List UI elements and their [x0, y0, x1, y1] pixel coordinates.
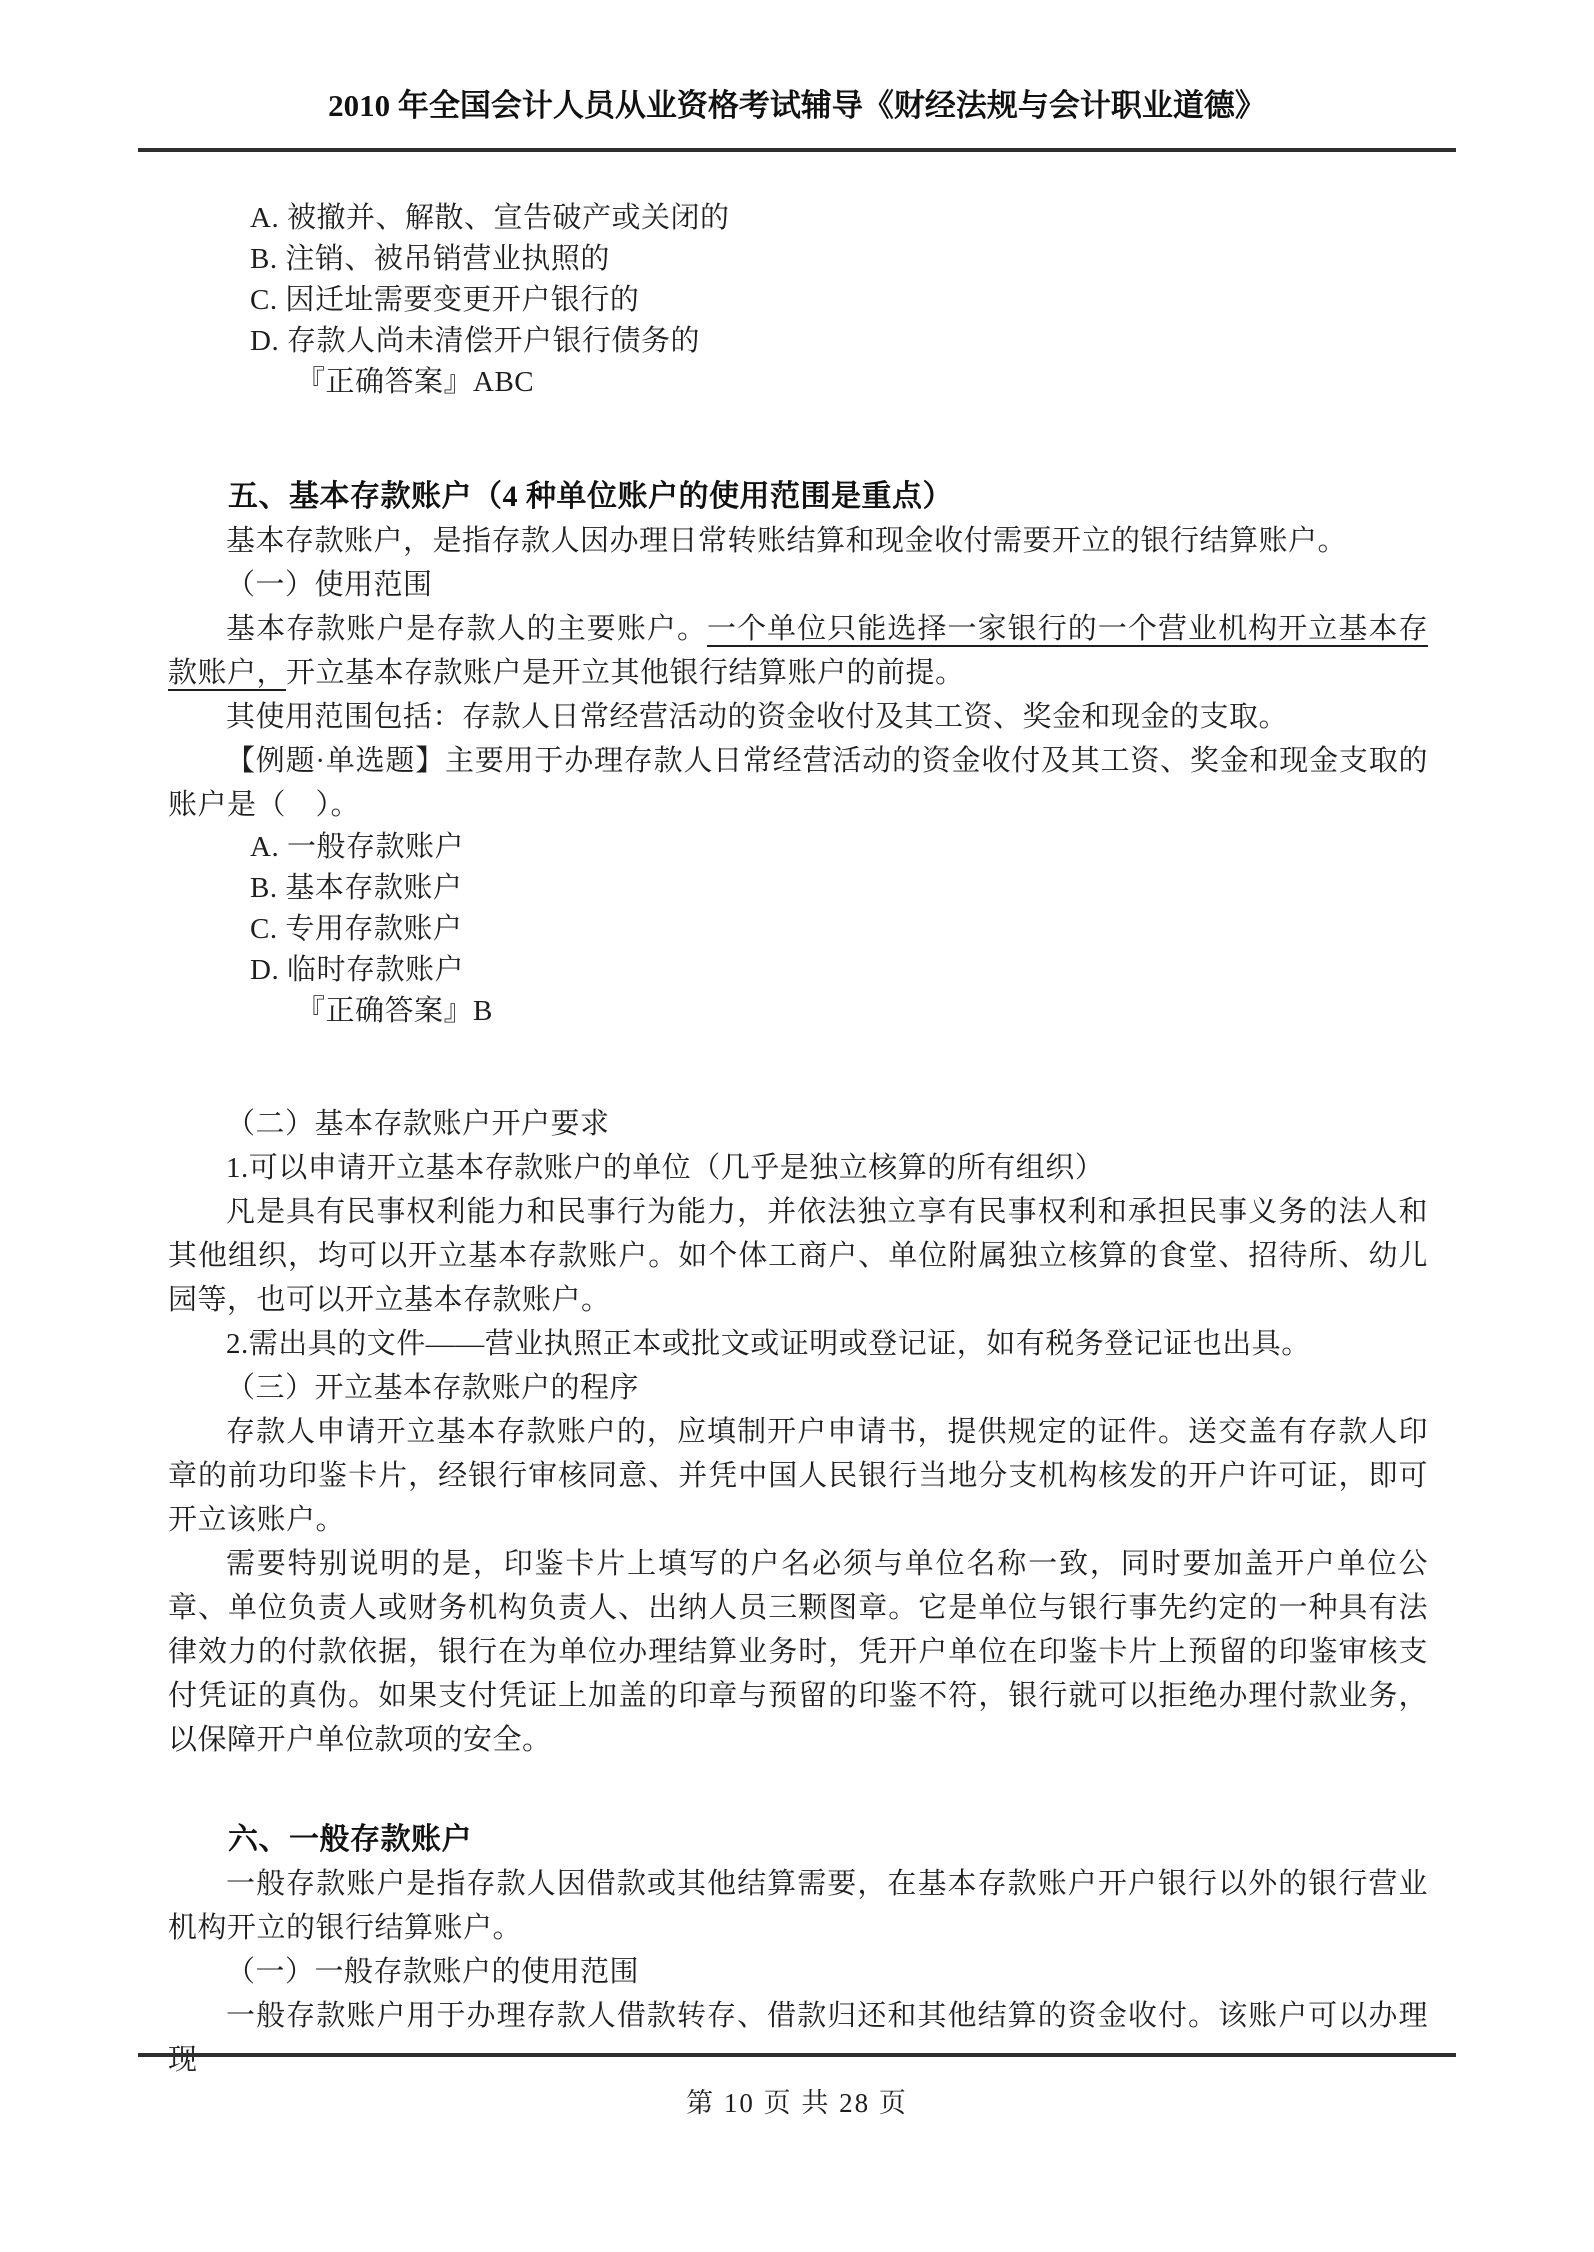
section5-heading: 五、基本存款账户（4 种单位账户的使用范围是重点） [168, 475, 1428, 519]
option-a: A. 被撤并、解散、宣告破产或关闭的 [168, 198, 1428, 239]
sec5-main-post: 开立基本存款账户是开立其他银行结算账户的前提。 [286, 657, 965, 689]
sec6-subheading-1: （一）一般存款账户的使用范围 [168, 1950, 1428, 1994]
sec5-main-pre: 基本存款账户是存款人的主要账户。 [226, 613, 707, 645]
example-option-b: B. 基本存款账户 [168, 868, 1428, 909]
sec5-subheading-2: （二）基本存款账户开户要求 [168, 1102, 1428, 1146]
document-header-title: 2010 年全国会计人员从业资格考试辅导《财经法规与会计职业道德》 [138, 0, 1456, 152]
sec5-procedure-1: 存款人申请开立基本存款账户的，应填制开户申请书，提供规定的证件。送交盖有存款人印… [168, 1410, 1428, 1542]
example-option-d: D. 临时存款账户 [168, 950, 1428, 991]
document-page: 2010 年全国会计人员从业资格考试辅导《财经法规与会计职业道德》 A. 被撤并… [0, 0, 1594, 2252]
sec5-scope: 其使用范围包括：存款人日常经营活动的资金收付及其工资、奖金和现金的支取。 [168, 695, 1428, 739]
sec5-item1-body: 凡是具有民事权利能力和民事行为能力，并依法独立享有民事权利和承担民事义务的法人和… [168, 1190, 1428, 1322]
example-question: 【例题·单选题】主要用于办理存款人日常经营活动的资金收付及其工资、奖金和现金支取… [168, 739, 1428, 827]
option-d: D. 存款人尚未清偿开户银行债务的 [168, 321, 1428, 362]
sec5-item2: 2.需出具的文件——营业执照正本或批文或证明或登记证，如有税务登记证也出具。 [168, 1322, 1428, 1366]
question1-answer: 『正确答案』ABC [168, 362, 1428, 403]
sec5-procedure-2: 需要特别说明的是，印鉴卡片上填写的户名必须与单位名称一致，同时要加盖开户单位公章… [168, 1542, 1428, 1762]
section6-heading: 六、一般存款账户 [168, 1818, 1428, 1862]
example-options: A. 一般存款账户 B. 基本存款账户 C. 专用存款账户 D. 临时存款账户 … [168, 827, 1428, 1032]
example-option-c: C. 专用存款账户 [168, 909, 1428, 950]
document-body: A. 被撤并、解散、宣告破产或关闭的 B. 注销、被吊销营业执照的 C. 因迁址… [168, 198, 1428, 2082]
option-c: C. 因迁址需要变更开户银行的 [168, 280, 1428, 321]
example-answer: 『正确答案』B [168, 991, 1428, 1032]
sec5-subheading-3: （三）开立基本存款账户的程序 [168, 1366, 1428, 1410]
page-number: 第 10 页 共 28 页 [138, 2053, 1456, 2120]
sec5-main-paragraph: 基本存款账户是存款人的主要账户。一个单位只能选择一家银行的一个营业机构开立基本存… [168, 607, 1428, 695]
question1-options: A. 被撤并、解散、宣告破产或关闭的 B. 注销、被吊销营业执照的 C. 因迁址… [168, 198, 1428, 403]
example-option-a: A. 一般存款账户 [168, 827, 1428, 868]
sec6-definition: 一般存款账户是指存款人因借款或其他结算需要，在基本存款账户开户银行以外的银行营业… [168, 1862, 1428, 1950]
sec5-subheading-1: （一）使用范围 [168, 563, 1428, 607]
option-b: B. 注销、被吊销营业执照的 [168, 239, 1428, 280]
sec5-definition: 基本存款账户，是指存款人因办理日常转账结算和现金收付需要开立的银行结算账户。 [168, 519, 1428, 563]
sec5-item1-title: 1.可以申请开立基本存款账户的单位（几乎是独立核算的所有组织） [168, 1146, 1428, 1190]
